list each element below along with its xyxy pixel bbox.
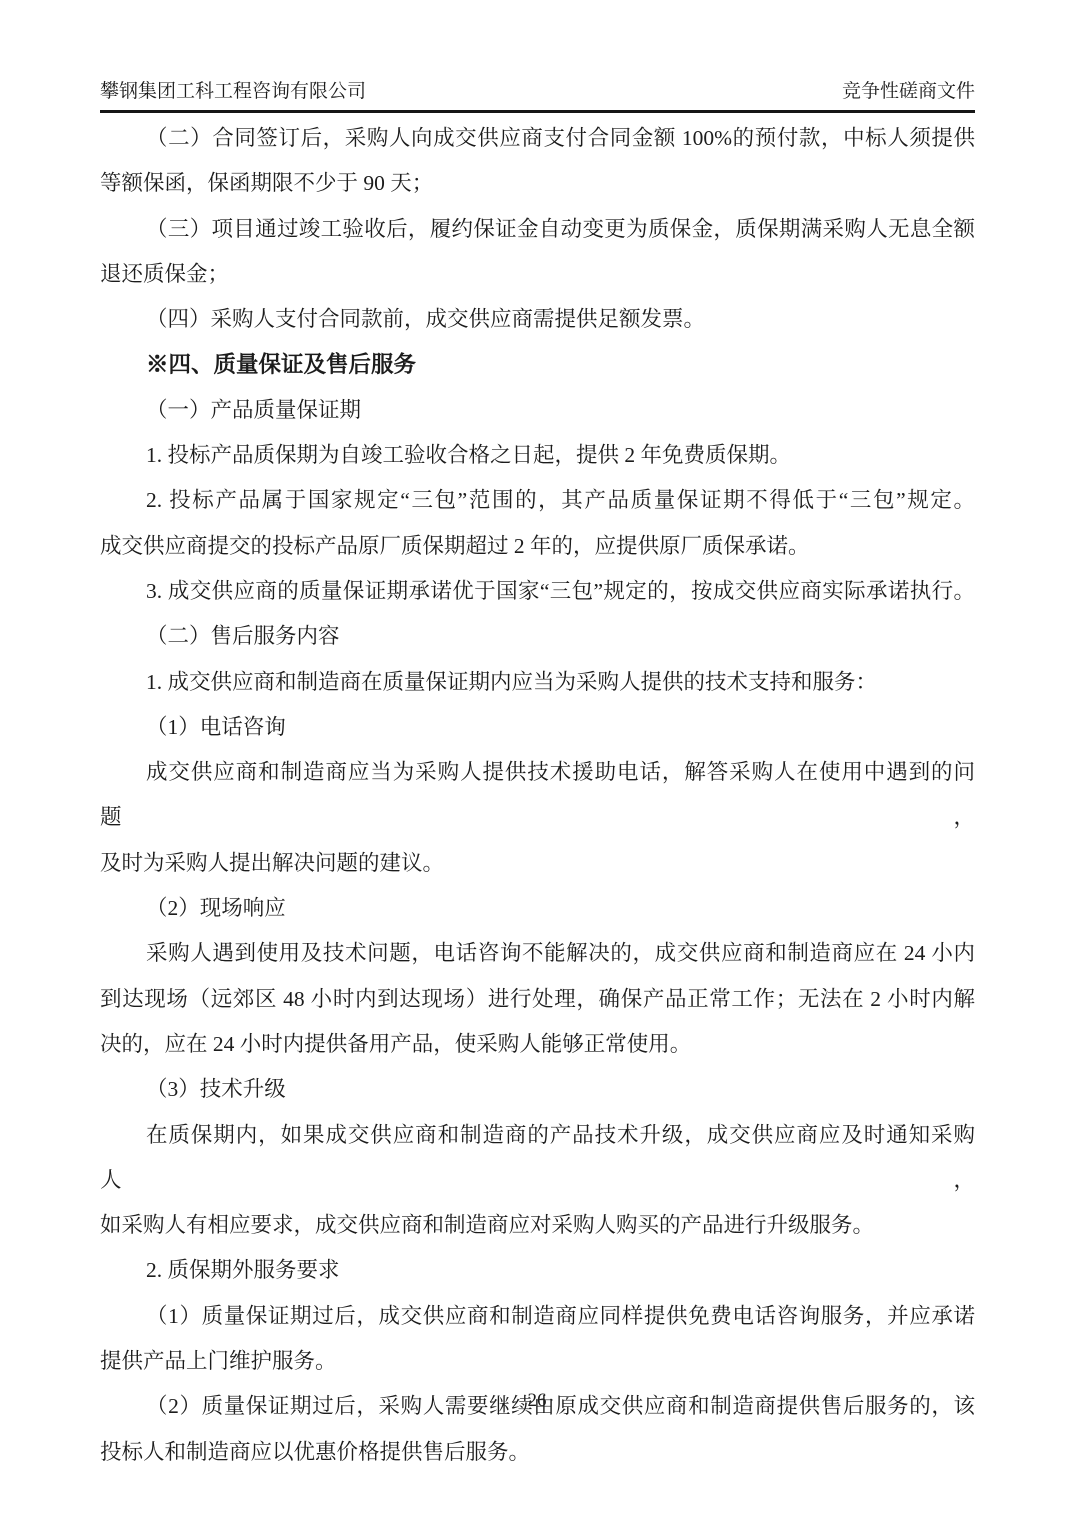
- page-footer: 26: [0, 1390, 1074, 1412]
- text-line: 等额保函，保函期限不少于 90 天；: [100, 161, 975, 206]
- text-line: 如采购人有相应要求，成交供应商和制造商应对采购人购买的产品进行升级服务。: [100, 1203, 975, 1248]
- text-line: 成交供应商提交的投标产品原厂质保期超过 2 年的，应提供原厂质保承诺。: [100, 524, 975, 569]
- text-line: （3）技术升级: [100, 1067, 975, 1112]
- text-line: （1）质量保证期过后，成交供应商和制造商应同样提供免费电话咨询服务，并应承诺: [100, 1294, 975, 1339]
- text-line: 采购人遇到使用及技术问题，电话咨询不能解决的，成交供应商和制造商应在 24 小内: [100, 931, 975, 976]
- text-line: 在质保期内，如果成交供应商和制造商的产品技术升级，成交供应商应及时通知采购人，: [100, 1113, 975, 1204]
- text-line: 3. 成交供应商的质量保证期承诺优于国家“三包”规定的，按成交供应商实际承诺执行…: [100, 569, 975, 614]
- text-line: （二）售后服务内容: [100, 614, 975, 659]
- text-line: （四）采购人支付合同款前，成交供应商需提供足额发票。: [100, 297, 975, 342]
- page-header: 攀钢集团工科工程咨询有限公司 竞争性磋商文件: [100, 80, 975, 113]
- text-line: （一）产品质量保证期: [100, 388, 975, 433]
- text-line: 退还质保金；: [100, 252, 975, 297]
- text-line: 2. 质保期外服务要求: [100, 1248, 975, 1293]
- page-number: 26: [528, 1390, 547, 1411]
- text-line: 成交供应商和制造商应当为采购人提供技术援助电话，解答采购人在使用中遇到的问题，: [100, 750, 975, 841]
- text-line: 2. 投标产品属于国家规定“三包”范围的，其产品质量保证期不得低于“三包”规定。: [100, 478, 975, 523]
- text-line: 决的，应在 24 小时内提供备用产品，使采购人能够正常使用。: [100, 1022, 975, 1067]
- text-line: 投标人和制造商应以优惠价格提供售后服务。: [100, 1430, 975, 1475]
- document-page: 攀钢集团工科工程咨询有限公司 竞争性磋商文件 （二）合同签订后，采购人向成交供应…: [0, 0, 1074, 1520]
- text-line: 1. 投标产品质保期为自竣工验收合格之日起，提供 2 年免费质保期。: [100, 433, 975, 478]
- header-company: 攀钢集团工科工程咨询有限公司: [100, 80, 366, 104]
- header-doc-type: 竞争性磋商文件: [842, 80, 975, 104]
- text-line: 到达现场（远郊区 48 小时内到达现场）进行处理，确保产品正常工作；无法在 2 …: [100, 977, 975, 1022]
- text-line: （二）合同签订后，采购人向成交供应商支付合同金额 100%的预付款，中标人须提供: [100, 116, 975, 161]
- text-line: 1. 成交供应商和制造商在质量保证期内应当为采购人提供的技术支持和服务：: [100, 660, 975, 705]
- text-line: （2）现场响应: [100, 886, 975, 931]
- text-line: 提供产品上门维护服务。: [100, 1339, 975, 1384]
- text-line: （三）项目通过竣工验收后，履约保证金自动变更为质保金，质保期满采购人无息全额: [100, 207, 975, 252]
- document-body: （二）合同签订后，采购人向成交供应商支付合同金额 100%的预付款，中标人须提供…: [100, 116, 975, 1475]
- text-line: 及时为采购人提出解决问题的建议。: [100, 841, 975, 886]
- section-heading: ※四、质量保证及售后服务: [100, 342, 975, 387]
- text-line: （1）电话咨询: [100, 705, 975, 750]
